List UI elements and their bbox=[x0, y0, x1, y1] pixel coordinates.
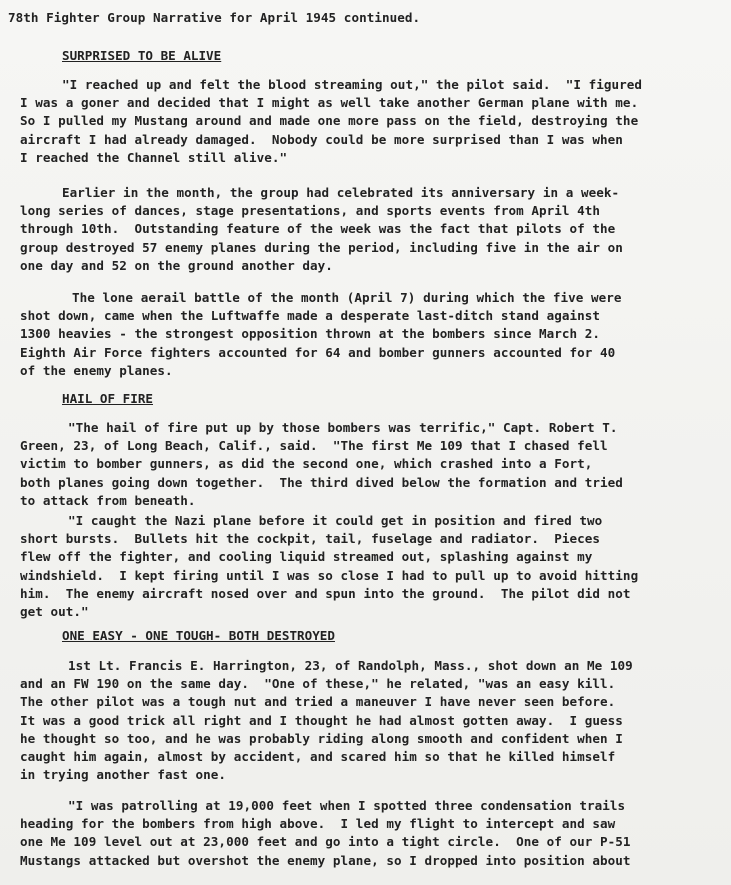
paragraph-line: It was a good trick all right and I thou… bbox=[20, 715, 623, 728]
paragraph-line: to attack from beneath. bbox=[20, 495, 196, 508]
paragraph-line: and an FW 190 on the same day. "One of t… bbox=[20, 678, 615, 691]
paragraph-line: one day and 52 on the ground another day… bbox=[20, 260, 333, 273]
paragraph-line: short bursts. Bullets hit the cockpit, t… bbox=[20, 533, 600, 546]
paragraph-line: "I reached up and felt the blood streami… bbox=[62, 79, 642, 92]
paragraph-line: Eighth Air Force fighters accounted for … bbox=[20, 347, 615, 360]
paragraph-line: he thought so too, and he was probably r… bbox=[20, 733, 623, 746]
paragraph-line: Green, 23, of Long Beach, Calif., said. … bbox=[20, 440, 608, 453]
paragraph-line: group destroyed 57 enemy planes during t… bbox=[20, 242, 623, 255]
paragraph-line: Earlier in the month, the group had cele… bbox=[62, 187, 619, 200]
paragraph-line: of the enemy planes. bbox=[20, 365, 173, 378]
paragraph-line: Mustangs attacked but overshot the enemy… bbox=[20, 855, 631, 868]
section-heading: ONE EASY - ONE TOUGH- BOTH DESTROYED bbox=[62, 628, 335, 643]
paragraph-line: 1300 heavies - the strongest opposition … bbox=[20, 328, 600, 341]
paragraph-line: I reached the Channel still alive." bbox=[20, 152, 287, 165]
paragraph-line: "The hail of fire put up by those bomber… bbox=[68, 422, 618, 435]
paragraph-line: So I pulled my Mustang around and made o… bbox=[20, 115, 638, 128]
paragraph-line: him. The enemy aircraft nosed over and s… bbox=[20, 588, 631, 601]
paragraph-line: get out." bbox=[20, 606, 89, 619]
paragraph-line: both planes going down together. The thi… bbox=[20, 477, 623, 490]
document-page: 78th Fighter Group Narrative for April 1… bbox=[0, 0, 731, 885]
paragraph-line: The lone aerail battle of the month (Apr… bbox=[72, 292, 622, 305]
paragraph-line: shot down, came when the Luftwaffe made … bbox=[20, 310, 600, 323]
paragraph-line: 1st Lt. Francis E. Harrington, 23, of Ra… bbox=[68, 660, 633, 673]
section-heading: HAIL OF FIRE bbox=[62, 391, 153, 406]
document-header: 78th Fighter Group Narrative for April 1… bbox=[8, 12, 420, 25]
paragraph-line: through 10th. Outstanding feature of the… bbox=[20, 223, 615, 236]
section-heading: SURPRISED TO BE ALIVE bbox=[62, 48, 221, 63]
paragraph-line: The other pilot was a tough nut and trie… bbox=[20, 696, 615, 709]
paragraph-line: long series of dances, stage presentatio… bbox=[20, 205, 600, 218]
paragraph-line: flew off the fighter, and cooling liquid… bbox=[20, 551, 592, 564]
paragraph-line: heading for the bombers from high above.… bbox=[20, 818, 615, 831]
paragraph-line: windshield. I kept firing until I was so… bbox=[20, 570, 638, 583]
paragraph-line: victim to bomber gunners, as did the sec… bbox=[20, 458, 592, 471]
paragraph-line: "I was patrolling at 19,000 feet when I … bbox=[68, 800, 625, 813]
paragraph-line: caught him again, almost by accident, an… bbox=[20, 751, 615, 764]
paragraph-line: in trying another fast one. bbox=[20, 769, 226, 782]
paragraph-line: one Me 109 level out at 23,000 feet and … bbox=[20, 836, 631, 849]
paragraph-line: aircraft I had already damaged. Nobody c… bbox=[20, 134, 623, 147]
paragraph-line: I was a goner and decided that I might a… bbox=[20, 97, 638, 110]
paragraph-line: "I caught the Nazi plane before it could… bbox=[68, 515, 602, 528]
